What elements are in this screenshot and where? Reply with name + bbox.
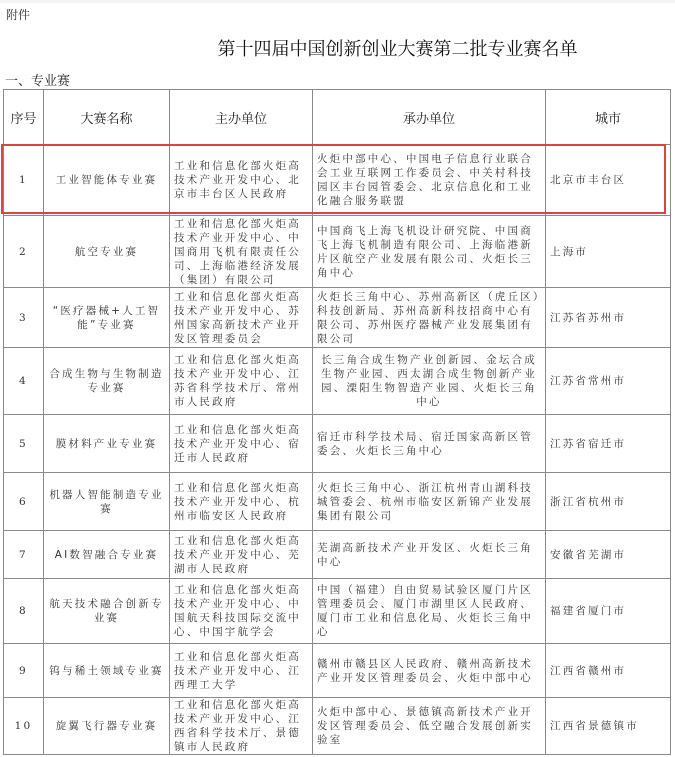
cell-organizer: 火炬长三角中心、浙江杭州青山湖科技城管委会、杭州市临安区新锦产业发展集团有限公司: [313, 473, 546, 531]
cell-organizer: 中国商飞上海飞机设计研究院、中国商飞上海飞机制造有限公司、上海临港新片区航空产业…: [313, 216, 546, 288]
competition-list-table: 序号 大赛名称 主办单位 承办单位 城市 1 工业智能体专业赛 工业和信息化部火…: [3, 89, 671, 755]
cell-city: 上海市: [546, 216, 671, 288]
table-row: 8 航天技术融合创新专业赛 工业和信息化部火炬高技术产业开发中心、中国航天科技国…: [4, 579, 671, 644]
cell-index: 8: [4, 579, 44, 644]
cell-sponsor: 工业和信息化部火炬高技术产业开发中心、江苏省科学技术厅、常州市人民政府: [170, 348, 313, 415]
cell-name: 航天技术融合创新专业赛: [44, 579, 170, 644]
cell-index: 7: [4, 531, 44, 579]
cell-organizer: 火炬中部中心、中国电子信息行业联合会工业互联网工作委员会、中关村科技园区丰台园管…: [313, 145, 546, 216]
cell-city: 江苏省常州市: [546, 348, 671, 415]
header-index: 序号: [4, 90, 44, 145]
section-heading: 一、专业赛: [5, 70, 70, 89]
cell-name: “医疗器械+人工智能”专业赛: [44, 288, 170, 348]
cell-name: 工业智能体专业赛: [44, 145, 170, 216]
cell-organizer: 火炬长三角中心、苏州高新区（虎丘区）科技创新局、苏州高新科技招商中心有限公司、苏…: [313, 288, 546, 348]
table-row: 1 工业智能体专业赛 工业和信息化部火炬高技术产业开发中心、北京市丰台区人民政府…: [4, 145, 671, 216]
table-row: 7 AI数智融合专业赛 工业和信息化部火炬高技术产业开发中心、芜湖市人民政府 芜…: [4, 531, 671, 579]
header-organizer: 承办单位: [313, 90, 546, 145]
table-header-row: 序号 大赛名称 主办单位 承办单位 城市: [4, 90, 671, 145]
header-name: 大赛名称: [44, 90, 170, 145]
cell-name: 合成生物与生物制造专业赛: [44, 348, 170, 415]
cell-name: 膜材料产业专业赛: [44, 415, 170, 473]
cell-sponsor: 工业和信息化部火炬高技术产业开发中心、江西理工大学: [170, 644, 313, 698]
cell-organizer: 长三角合成生物产业创新园、金坛合成生物产业园、西太湖合成生物创新产业园、溧阳生物…: [313, 348, 546, 415]
cell-name: 机器人智能制造专业赛: [44, 473, 170, 531]
cell-name: AI数智融合专业赛: [44, 531, 170, 579]
cell-city: 安徽省芜湖市: [546, 531, 671, 579]
table-row: 3 “医疗器械+人工智能”专业赛 工业和信息化部火炬高技术产业开发中心、苏州国家…: [4, 288, 671, 348]
cell-city: 浙江省杭州市: [546, 473, 671, 531]
cell-name: 钨与稀土领域专业赛: [44, 644, 170, 698]
cell-sponsor: 工业和信息化部火炬高技术产业开发中心、宿迁市人民政府: [170, 415, 313, 473]
table-row: 5 膜材料产业专业赛 工业和信息化部火炬高技术产业开发中心、宿迁市人民政府 宿迁…: [4, 415, 671, 473]
cell-city: 江苏省宿迁市: [546, 415, 671, 473]
table-row: 2 航空专业赛 工业和信息化部火炬高技术产业开发中心、中国商用飞机有限责任公司、…: [4, 216, 671, 288]
cell-organizer: 宿迁市科学技术局、宿迁国家高新区管委会、火炬长三角中心: [313, 415, 546, 473]
cell-sponsor: 工业和信息化部火炬高技术产业开发中心、中国商用飞机有限责任公司、上海临港经济发展…: [170, 216, 313, 288]
cell-organizer: 赣州市赣县区人民政府、赣州高新技术产业开发区管理委员会、火炬中部中心: [313, 644, 546, 698]
cell-city: 福建省厦门市: [546, 579, 671, 644]
cell-sponsor: 工业和信息化部火炬高技术产业开发中心、芜湖市人民政府: [170, 531, 313, 579]
cell-name: 航空专业赛: [44, 216, 170, 288]
cell-sponsor: 工业和信息化部火炬高技术产业开发中心、江西省科学技术厅、景德镇市人民政府: [170, 698, 313, 755]
cell-name: 旋翼飞行器专业赛: [44, 698, 170, 755]
header-city: 城市: [546, 90, 671, 145]
cell-organizer: 芜湖高新技术产业开发区、火炬长三角中心: [313, 531, 546, 579]
competition-list-table-container: 序号 大赛名称 主办单位 承办单位 城市 1 工业智能体专业赛 工业和信息化部火…: [3, 89, 670, 755]
cell-index: 9: [4, 644, 44, 698]
cell-sponsor: 工业和信息化部火炬高技术产业开发中心、杭州市临安区人民政府: [170, 473, 313, 531]
cell-organizer: 火炬中部中心、景德镇高新技术产业开发区管理委员会、低空融合发展创新实验室: [313, 698, 546, 755]
top-edge: [0, 0, 675, 3]
cell-city: 江西省赣州市: [546, 644, 671, 698]
header-sponsor: 主办单位: [170, 90, 313, 145]
cell-city: 北京市丰台区: [546, 145, 671, 216]
cell-city: 江苏省苏州市: [546, 288, 671, 348]
cell-index: 3: [4, 288, 44, 348]
cell-index: 1: [4, 145, 44, 216]
cell-index: 4: [4, 348, 44, 415]
cell-index: 10: [4, 698, 44, 755]
table-row: 9 钨与稀土领域专业赛 工业和信息化部火炬高技术产业开发中心、江西理工大学 赣州…: [4, 644, 671, 698]
cell-city: 江西省景德镇市: [546, 698, 671, 755]
cell-index: 6: [4, 473, 44, 531]
table-row: 10 旋翼飞行器专业赛 工业和信息化部火炬高技术产业开发中心、江西省科学技术厅、…: [4, 698, 671, 755]
cell-sponsor: 工业和信息化部火炬高技术产业开发中心、中国航天科技国际交流中心、中国宇航学会: [170, 579, 313, 644]
cell-sponsor: 工业和信息化部火炬高技术产业开发中心、北京市丰台区人民政府: [170, 145, 313, 216]
cell-index: 2: [4, 216, 44, 288]
cell-index: 5: [4, 415, 44, 473]
document-title: 第十四届中国创新创业大赛第二批专业赛名单: [0, 35, 675, 61]
table-row: 6 机器人智能制造专业赛 工业和信息化部火炬高技术产业开发中心、杭州市临安区人民…: [4, 473, 671, 531]
table-row: 4 合成生物与生物制造专业赛 工业和信息化部火炬高技术产业开发中心、江苏省科学技…: [4, 348, 671, 415]
cell-sponsor: 工业和信息化部火炬高技术产业开发中心、苏州国家高新技术产业开发区管理委员会: [170, 288, 313, 348]
attachment-label: 附件: [6, 6, 30, 23]
cell-organizer: 中国（福建）自由贸易试验区厦门片区管理委员会、厦门市湖里区人民政府、厦门市工业和…: [313, 579, 546, 644]
